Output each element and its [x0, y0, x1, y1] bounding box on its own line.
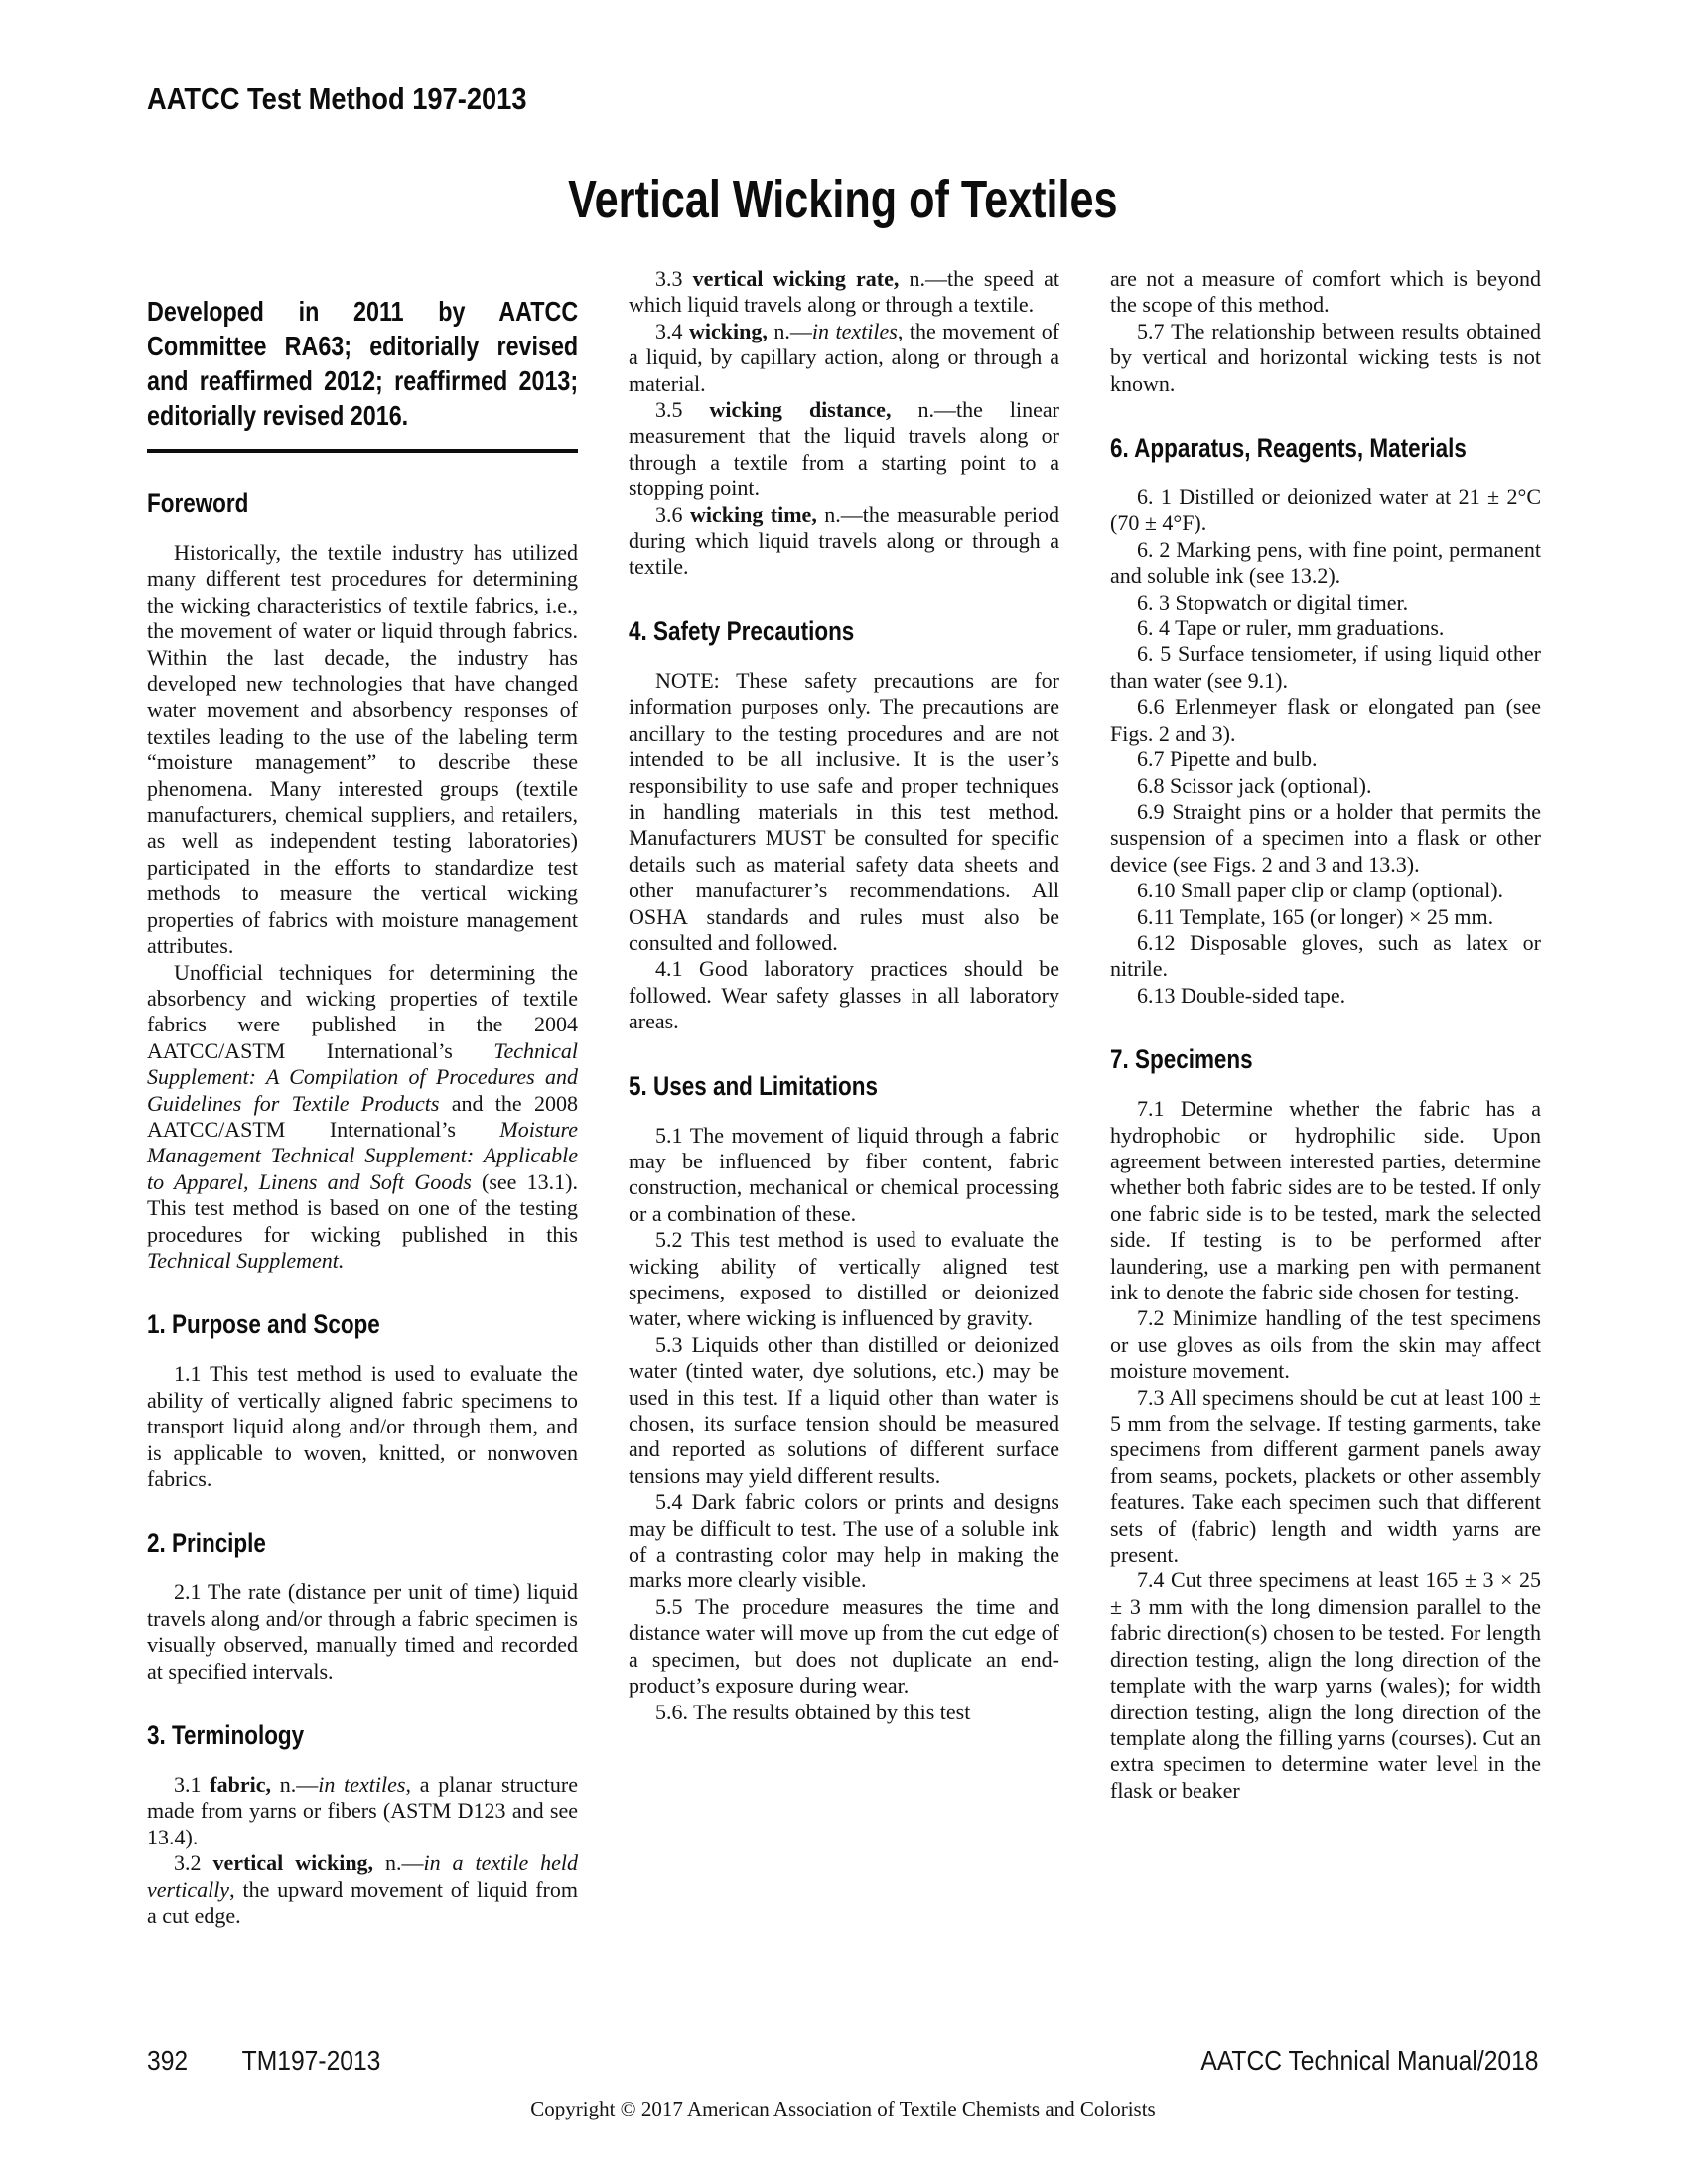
paragraph: 6.13 Double-sided tape.	[1110, 983, 1541, 1009]
paragraph: 6. 3 Stopwatch or digital timer.	[1110, 590, 1541, 615]
section-heading: 3. Terminology	[147, 1720, 578, 1750]
paragraph: 3.1 fabric, n.—in textiles, a planar str…	[147, 1772, 578, 1850]
paragraph: 5.4 Dark fabric colors or prints and des…	[629, 1489, 1059, 1594]
paragraph: NOTE: These safety precautions are for i…	[629, 668, 1059, 956]
paragraph: 5.5 The procedure measures the time and …	[629, 1594, 1059, 1700]
paragraph: 3.5 wicking distance, n.—the linear meas…	[629, 397, 1059, 502]
section-heading: 1. Purpose and Scope	[147, 1309, 578, 1339]
page-number: 392	[147, 2045, 188, 2077]
column-2: 3.3 vertical wicking rate, n.—the speed …	[629, 266, 1059, 1725]
paragraph: 6.10 Small paper clip or clamp (optional…	[1110, 878, 1541, 903]
paragraph: 7.1 Determine whether the fabric has a h…	[1110, 1096, 1541, 1305]
paragraph: 7.3 All specimens should be cut at least…	[1110, 1385, 1541, 1569]
section-heading: 4. Safety Precautions	[629, 616, 1059, 646]
paragraph: 5.1 The movement of liquid through a fab…	[629, 1123, 1059, 1228]
footer-left: 392 TM197-2013	[147, 2045, 380, 2077]
paragraph: 3.3 vertical wicking rate, n.—the speed …	[629, 266, 1059, 319]
page: AATCC Test Method 197-2013 Vertical Wick…	[0, 0, 1687, 2184]
paragraph: 1.1 This test method is used to evaluate…	[147, 1361, 578, 1492]
paragraph: Unofficial techniques for determining th…	[147, 960, 578, 1275]
paragraph: 5.6. The results obtained by this test	[629, 1700, 1059, 1725]
section-heading: 2. Principle	[147, 1528, 578, 1558]
paragraph: 5.3 Liquids other than distilled or deio…	[629, 1332, 1059, 1489]
paragraph: 5.2 This test method is used to evaluate…	[629, 1227, 1059, 1332]
paragraph: 3.2 vertical wicking, n.—in a textile he…	[147, 1850, 578, 1929]
paragraph: 5.7 The relationship between results obt…	[1110, 319, 1541, 397]
paragraph: 6. 2 Marking pens, with fine point, perm…	[1110, 537, 1541, 590]
section-heading: 7. Specimens	[1110, 1044, 1541, 1074]
paragraph: 6.7 Pipette and bulb.	[1110, 747, 1541, 772]
paragraph: 6. 5 Surface tensiometer, if using liqui…	[1110, 641, 1541, 694]
paragraph: are not a measure of comfort which is be…	[1110, 266, 1541, 319]
paragraph: 3.4 wicking, n.—in textiles, the movemen…	[629, 319, 1059, 397]
paragraph: Historically, the textile industry has u…	[147, 540, 578, 960]
document-history: Developed in 2011 by AATCC Committee RA6…	[147, 294, 578, 433]
column-3: are not a measure of comfort which is be…	[1110, 266, 1541, 1804]
paragraph: 6. 1 Distilled or deionized water at 21 …	[1110, 484, 1541, 537]
copyright-line: Copyright © 2017 American Association of…	[147, 2097, 1539, 2121]
section-heading: Foreword	[147, 488, 578, 518]
paragraph: 6.9 Straight pins or a holder that permi…	[1110, 799, 1541, 878]
paragraph: 7.2 Minimize handling of the test specim…	[1110, 1305, 1541, 1384]
paragraph: 6. 4 Tape or ruler, mm graduations.	[1110, 615, 1541, 641]
footer-manual: AATCC Technical Manual/2018	[1201, 2045, 1539, 2077]
paragraph: 2.1 The rate (distance per unit of time)…	[147, 1579, 578, 1685]
section-heading: 6. Apparatus, Reagents, Materials	[1110, 433, 1541, 463]
divider	[147, 449, 578, 453]
paragraph: 6.12 Disposable gloves, such as latex or…	[1110, 930, 1541, 983]
document-header: AATCC Test Method 197-2013	[147, 81, 527, 117]
column-1: Developed in 2011 by AATCC Committee RA6…	[147, 294, 578, 1929]
paragraph: 6.11 Template, 165 (or longer) × 25 mm.	[1110, 904, 1541, 930]
paragraph: 6.8 Scissor jack (optional).	[1110, 773, 1541, 799]
paragraph: 6.6 Erlenmeyer flask or elongated pan (s…	[1110, 694, 1541, 747]
paragraph: 7.4 Cut three specimens at least 165 ± 3…	[1110, 1568, 1541, 1804]
paragraph: 3.6 wicking time, n.—the measurable peri…	[629, 502, 1059, 581]
paragraph: 4.1 Good laboratory practices should be …	[629, 956, 1059, 1034]
page-title: Vertical Wicking of Textiles	[147, 169, 1539, 230]
section-heading: 5. Uses and Limitations	[629, 1071, 1059, 1101]
document-code: TM197-2013	[242, 2045, 381, 2077]
